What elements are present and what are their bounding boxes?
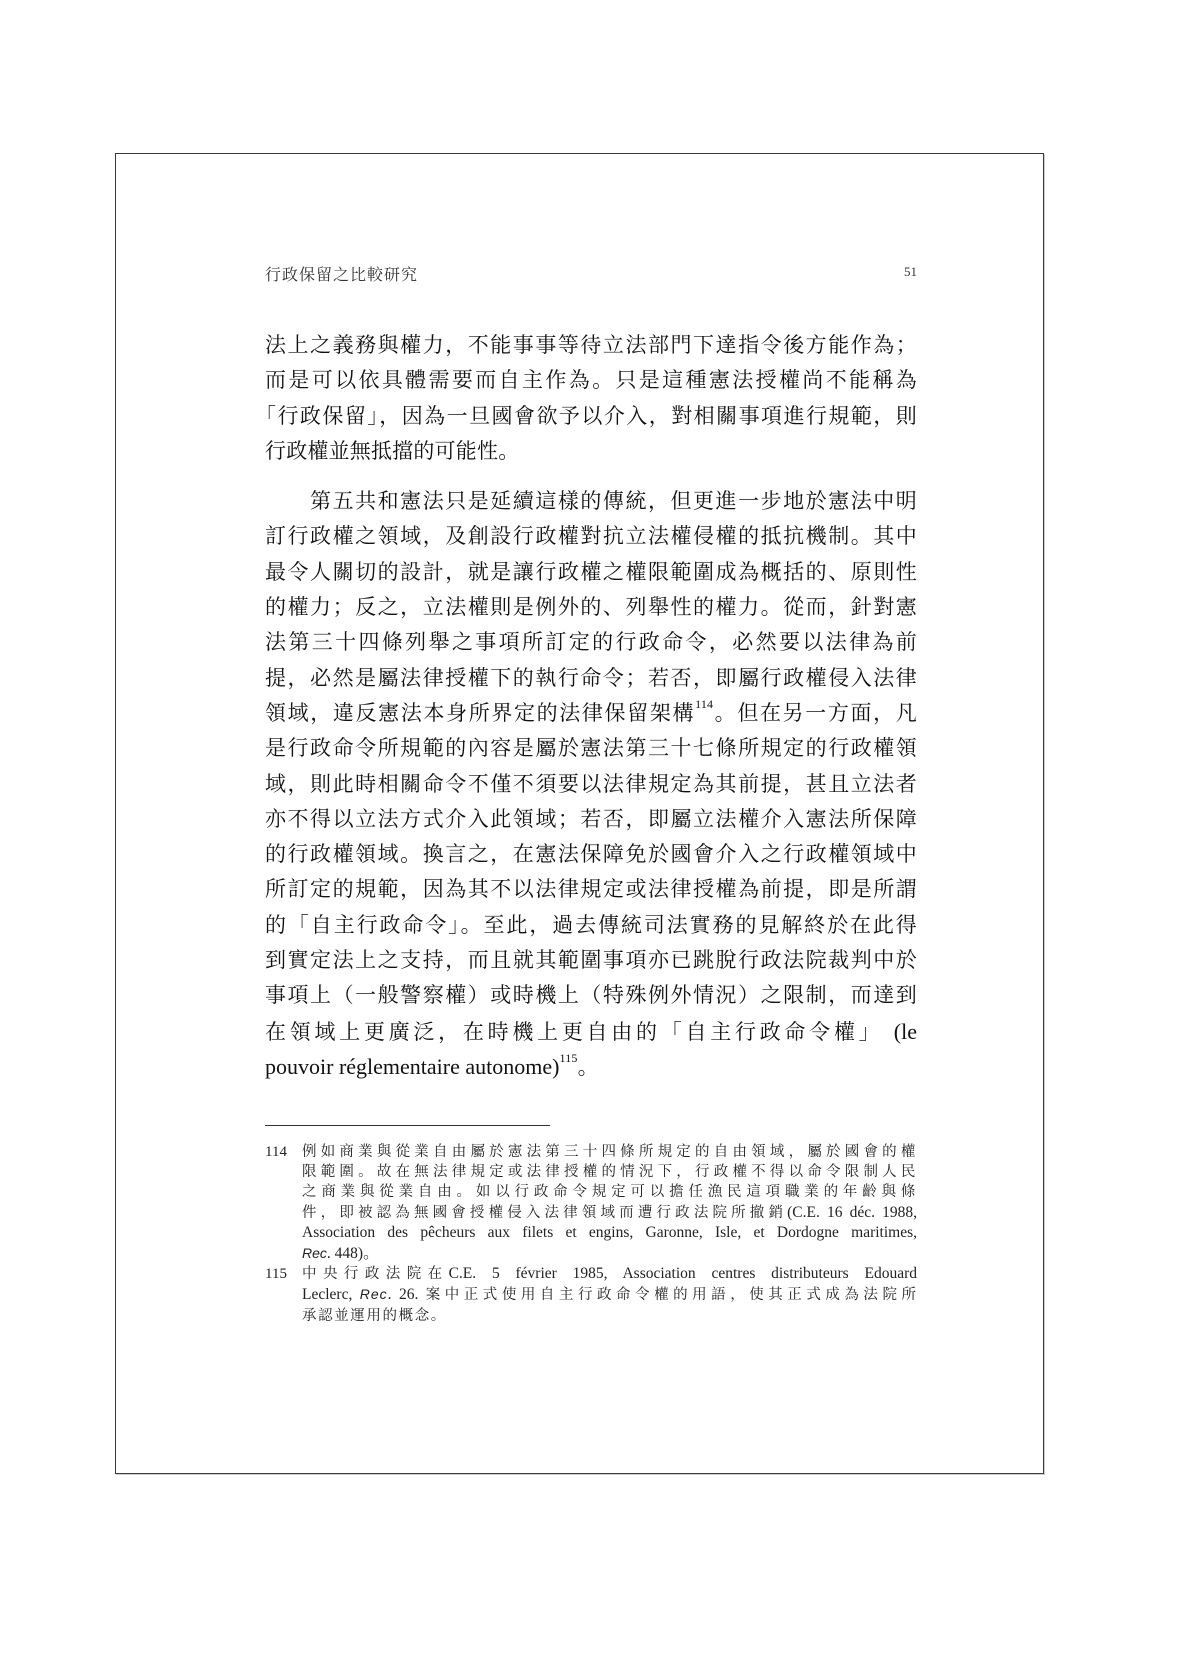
running-title: 行政保留之比較研究 xyxy=(265,262,418,285)
footnote-ref-115[interactable]: 115 xyxy=(559,1051,577,1065)
footnote-115: 115 中央行政法院在C.E. 5 février 1985, Associat… xyxy=(265,1264,917,1326)
text-line: 的行政權領域。換言之，在憲法保障免於國會介入之行政權領域中 xyxy=(265,837,917,872)
footnote-line: Rec. 448)。 xyxy=(302,1243,917,1264)
text-segment: 。但在另一方面，凡 xyxy=(713,701,917,725)
latin-segment: . 26. xyxy=(388,1286,426,1303)
text-segment: 案中正式使用自主行政命令權的用語，使其正式成為法院所 xyxy=(426,1287,917,1303)
text-segment: 件，即被認為無國會授權侵入法律領域而遭行政法院所撤銷 xyxy=(302,1205,787,1221)
text-segment: . 448)。 xyxy=(327,1245,379,1262)
footnote-separator xyxy=(265,1125,550,1126)
text-line: 的權力；反之，立法權則是例外的、列舉性的權力。從而，針對憲 xyxy=(265,590,917,625)
text-line: 法第三十四條列舉之事項所訂定的行政命令，必然要以法律為前 xyxy=(265,625,917,660)
italic-rec: Rec xyxy=(360,1286,388,1302)
footnote-ref-114[interactable]: 114 xyxy=(695,697,713,711)
text-line: 亦不得以立法方式介入此領域；若否，即屬立法權介入憲法所保障 xyxy=(265,802,917,837)
text-line-with-latin: 在領域上更廣泛，在時機上更自由的「自主行政命令權」 (le xyxy=(265,1014,917,1049)
paragraph-1: 法上之義務與權力，不能事事等待立法部門下達指令後方能作為； 而是可以依具體需要而… xyxy=(265,328,917,469)
text-line: 而是可以依具體需要而自主作為。只是這種憲法授權尚不能稱為 xyxy=(265,363,917,398)
footnote-line: 之商業與從業自由。如以行政命令規定可以擔任漁民這項職業的年齡與條 xyxy=(302,1182,917,1202)
text-line: 行政權並無抵擋的可能性。 xyxy=(265,434,917,469)
footnote-line: 例如商業與從業自由屬於憲法第三十四條所規定的自由領域，屬於國會的權 xyxy=(302,1142,917,1162)
footnote-line: 承認並運用的概念。 xyxy=(302,1306,917,1326)
text-line: 的「自主行政命令」。至此，過去傳統司法實務的見解終於在此得 xyxy=(265,908,917,943)
text-line: 是行政命令所規範的內容是屬於憲法第三十七條所規定的行政權領 xyxy=(265,731,917,766)
text-segment: 中央行政法院在 xyxy=(302,1266,449,1282)
page-number: 51 xyxy=(904,264,917,280)
footnote-line: 件，即被認為無國會授權侵入法律領域而遭行政法院所撤銷(C.E. 16 déc. … xyxy=(302,1203,917,1223)
footnote-number: 114 xyxy=(265,1142,287,1162)
footnote-114: 114 例如商業與從業自由屬於憲法第三十四條所規定的自由領域，屬於國會的權 限範… xyxy=(265,1142,917,1264)
paragraph-2: 第五共和憲法只是延續這樣的傳統，但更進一步地於憲法中明 訂行政權之領域，及創設行… xyxy=(265,484,917,1084)
footnotes: 114 例如商業與從業自由屬於憲法第三十四條所規定的自由領域，屬於國會的權 限範… xyxy=(265,1142,917,1326)
body-text: 法上之義務與權力，不能事事等待立法部門下達指令後方能作為； 而是可以依具體需要而… xyxy=(265,328,917,1084)
text-segment: 。 xyxy=(578,1055,599,1079)
text-line: 事項上（一般警察權）或時機上（特殊例外情況）之限制，而達到 xyxy=(265,978,917,1013)
text-line-with-footnote-ref: 領域，違反憲法本身所界定的法律保留架構114。但在另一方面，凡 xyxy=(265,696,917,731)
text-segment: 領域，違反憲法本身所界定的法律保留架構 xyxy=(265,701,695,725)
text-line: 最令人關切的設計，就是讓行政權之權限範圍成為概括的、原則性 xyxy=(265,555,917,590)
footnote-line: Leclerc, Rec. 26. 案中正式使用自主行政命令權的用語，使其正式成… xyxy=(302,1284,917,1305)
text-line: 訂行政權之領域，及創設行政權對抗立法權侵權的抵抗機制。其中 xyxy=(265,519,917,554)
text-segment: 在領域上更廣泛，在時機上更自由的「自主行政命令權」 xyxy=(265,1020,883,1044)
italic-rec: Rec xyxy=(302,1245,327,1261)
text-line: 所訂定的規範，因為其不以法律規定或法律授權為前提，即是所謂 xyxy=(265,872,917,907)
latin-segment: (le xyxy=(894,1019,917,1044)
text-line: 提，必然是屬法律授權下的執行命令；若否，即屬行政權侵入法律 xyxy=(265,661,917,696)
footnote-line: 中央行政法院在C.E. 5 février 1985, Association … xyxy=(302,1264,917,1284)
footnote-number: 115 xyxy=(265,1264,287,1284)
text-line: 「行政保留」，因為一旦國會欲予以介入，對相關事項進行規範，則 xyxy=(255,399,917,434)
running-header: 行政保留之比較研究 51 xyxy=(265,262,917,286)
footnote-line: 限範圍。故在無法律規定或法律授權的情況下，行政權不得以命令限制人民 xyxy=(302,1162,917,1182)
text-line-with-footnote-ref: pouvoir réglementaire autonome)115。 xyxy=(265,1049,917,1084)
latin-segment: pouvoir réglementaire autonome) xyxy=(265,1054,559,1079)
latin-segment: (C.E. 16 déc. 1988, xyxy=(787,1204,917,1221)
text-line: 到實定法上之支持，而且就其範圍事項亦已跳脫行政法院裁判中於 xyxy=(265,943,917,978)
text-line: 域，則此時相關命令不僅不須要以法律規定為其前提，甚且立法者 xyxy=(265,767,917,802)
latin-segment: C.E. 5 février 1985, Association centres… xyxy=(449,1265,917,1282)
text-line: 第五共和憲法只是延續這樣的傳統，但更進一步地於憲法中明 xyxy=(265,484,917,519)
text-line: 法上之義務與權力，不能事事等待立法部門下達指令後方能作為； xyxy=(265,328,917,363)
latin-segment: Leclerc, xyxy=(302,1286,360,1303)
footnote-line: Association des pêcheurs aux filets et e… xyxy=(302,1223,917,1243)
